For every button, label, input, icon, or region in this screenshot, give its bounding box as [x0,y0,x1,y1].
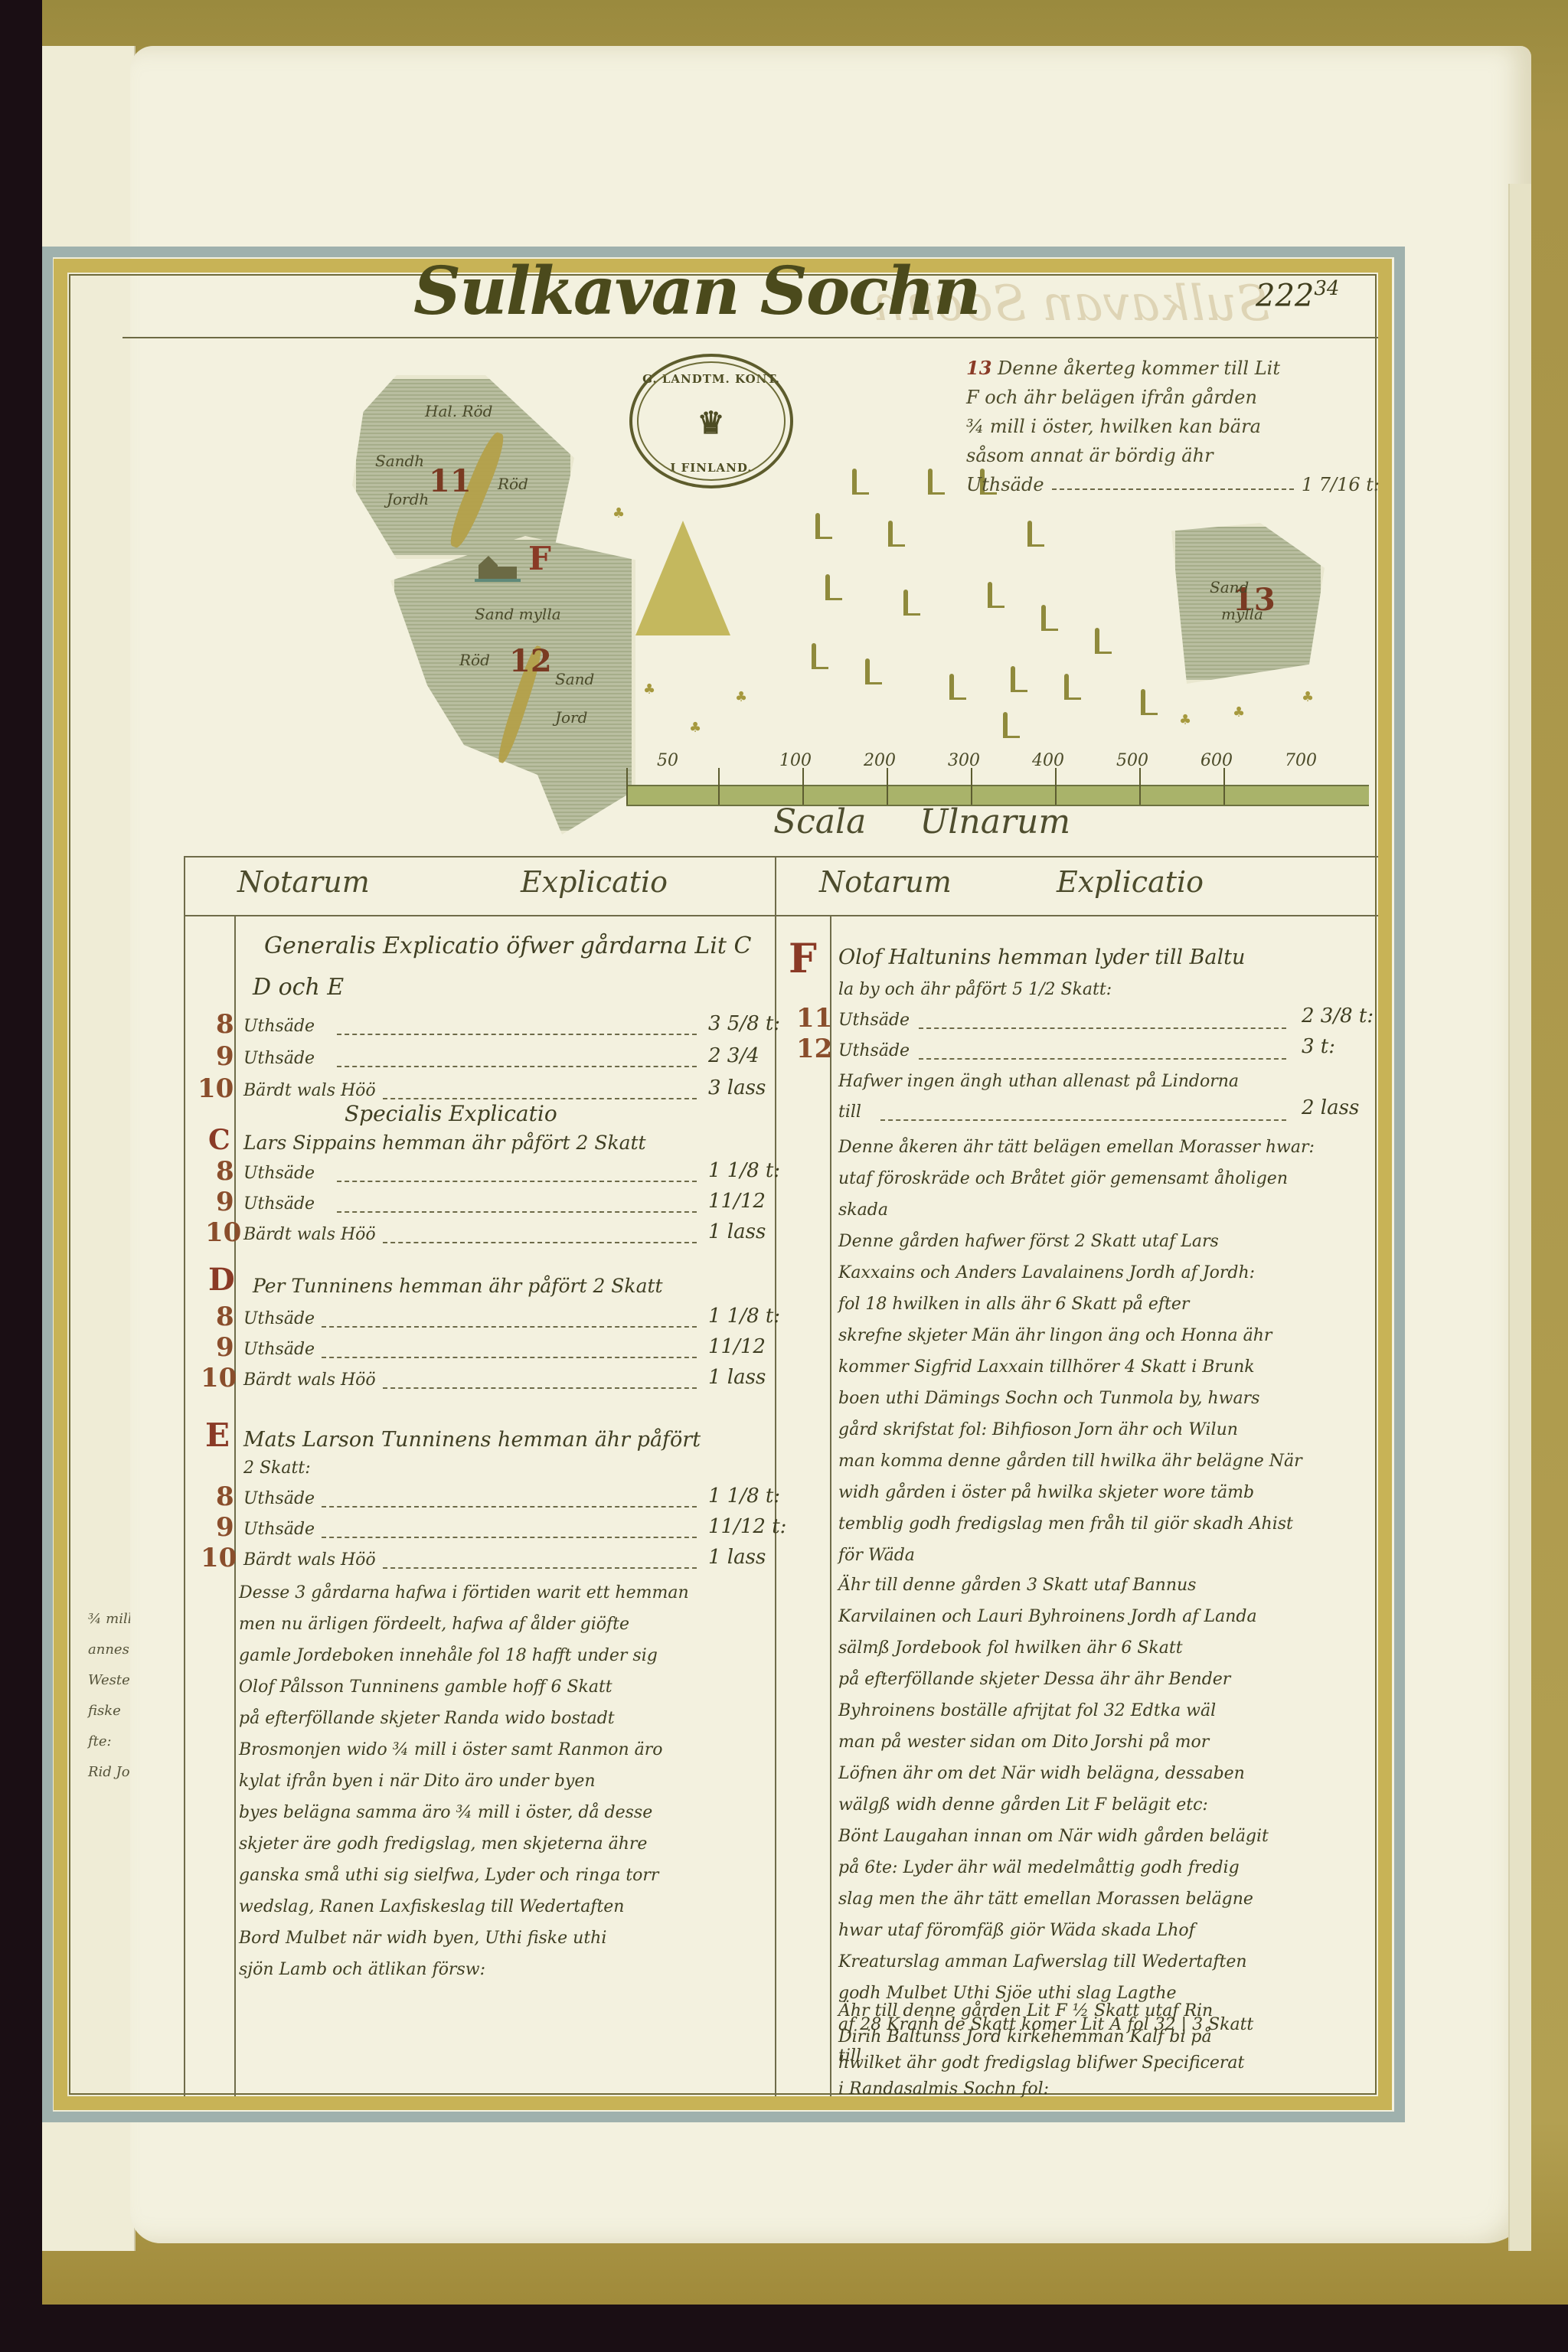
row-number: 9 [216,1512,234,1543]
note-value: 1 7/16 t: [1302,470,1380,499]
row-number: 10 [205,1217,241,1248]
row-text: Bärdt wals Höö [243,1550,376,1570]
paragraph-line: hwilket ähr godt fredigslag blifwer Spec… [838,2050,1382,2076]
entry-letter-d: D [208,1262,235,1298]
row-text: Uthsäde [243,1340,315,1359]
dotted-leader [322,1326,697,1328]
note-line: 13 Denne åkerteg kommer till Lit [966,354,1380,383]
tree-icon [888,521,893,547]
table-header-rule [184,915,1378,916]
scale-tick [1055,768,1057,805]
row-value: 1 1/8 t: [708,1159,780,1182]
paragraph-line: wälgß widh denne gården Lit F belägit et… [838,1789,1382,1821]
scale-tick [802,768,804,805]
right-description-paragraph-2: Ähr till denne gården 3 Skatt utaf Bannu… [838,1570,1382,2072]
paragraph-line: fol 18 hwilken in alls ähr 6 Skatt på ef… [838,1289,1382,1320]
tree-icon [1064,674,1069,700]
farmhouse-icon [475,551,521,582]
entry-letter-c: C [208,1124,230,1156]
row-text: Uthsäde [243,1164,315,1183]
dotted-leader [337,1034,697,1035]
scale-label: 100 [779,751,812,770]
tree-icon [815,513,820,539]
title-underline [122,337,1378,338]
scale-tick [1223,768,1225,805]
paragraph-line: boen uthi Dämings Sochn och Tunmola by, … [838,1383,1382,1414]
page-number-main: 222 [1256,278,1314,313]
eagle-emblem-icon: ♛ [697,408,726,439]
row-value: 1 1/8 t: [708,1485,780,1508]
dotted-leader [337,1066,697,1067]
tree-icon [903,590,908,616]
paragraph-line: skada [838,1194,1382,1226]
stamp-top-text: G. LANDTM. KONT. [642,372,780,386]
row-value: 1 lass [708,1546,766,1569]
tree-icon [928,469,933,495]
table-center-rule [775,856,776,2096]
tree-icon [949,674,954,700]
paragraph-line: man komma denne gården till hwilka ähr b… [838,1445,1382,1477]
field-label: Röd [498,475,528,493]
paragraph-line: Löfnen ähr om det När widh belägna, dess… [838,1758,1382,1789]
row-text: Uthsäde [243,1520,315,1539]
field-label: Jord [555,708,587,727]
tree-icon [1011,666,1015,692]
scale-tick [971,768,972,805]
row-text: till [838,1102,861,1122]
field-label: Sand [555,670,594,688]
paragraph-line: men nu ärligen fördeelt, hafwa af ålder … [239,1609,767,1640]
row-text: Uthsäde [243,1194,315,1214]
paragraph-line: skjeter äre godh fredigslag, men skjeter… [239,1828,767,1860]
row-number: 9 [216,1041,234,1072]
row-value: 11/12 [708,1335,766,1358]
stamp-bottom-text: I FINLAND. [670,461,752,475]
field-label: mylla [1221,605,1263,623]
dotted-leader [383,1567,697,1569]
right-description-paragraph-3: Ähr till denne gården Lit F ½ Skatt utaf… [838,1998,1382,2102]
entry-heading: Mats Larson Tunninens hemman ähr påfört [243,1428,701,1452]
row-number: 9 [216,1187,234,1217]
note-text: Uthsäde [966,470,1044,499]
note-line: Uthsäde 1 7/16 t: [966,470,1380,499]
row-number: 8 [216,1156,234,1187]
paragraph-line: utaf föroskräde och Bråtet giör gemensam… [838,1163,1382,1194]
note-marker: 13 [966,357,991,379]
paragraph-line: ganska små uthi sig sielfwa, Lyder och r… [239,1860,767,1891]
row-value: 3 lass [708,1076,766,1099]
dotted-leader [880,1119,1286,1121]
tree-icon [1141,689,1145,715]
paragraph-line: hwar utaf föromfäß giör Wäda skada Lhof [838,1915,1382,1946]
bush-icon: ♣ [612,505,625,521]
row-text: Uthsäde [243,1017,315,1036]
tree-icon [1095,628,1099,654]
table-top-rule [184,856,1378,857]
paragraph-line: Karvilainen och Lauri Byhroinens Jordh a… [838,1601,1382,1632]
field-label: Hal. Röd [425,402,492,420]
header-notarum-right: Notarum [819,865,952,899]
row-text: Uthsäde [243,1489,315,1508]
tree-icon [988,582,992,608]
scale-label: 300 [948,751,980,770]
paragraph-line: wedslag, Ranen Laxfiskeslag till Wederta… [239,1891,767,1922]
row-number: 8 [216,1481,234,1512]
paragraph-line: sjön Lamb och ätlikan försw: [239,1954,767,1985]
dotted-leader [322,1506,697,1508]
dotted-leader [322,1357,697,1358]
field-number-12: 12 [509,643,552,679]
paragraph-line: temblig godh fredigslag men fråh til giö… [838,1508,1382,1540]
dotted-leader [919,1027,1286,1029]
archive-stamp: G. LANDTM. KONT. ♛ I FINLAND. [629,354,793,488]
entry-letter-e: E [205,1416,230,1454]
paragraph-line: Dirih Baltunss Jord kirkehemman Kalf bi … [838,2024,1382,2050]
paragraph-line: Brosmonjen wido ¾ mill i öster samt Ranm… [239,1734,767,1766]
paragraph-line: Ähr till denne gården 3 Skatt utaf Bannu… [838,1570,1382,1601]
row-number: 10 [198,1073,234,1104]
row-text: Bärdt wals Höö [243,1225,376,1244]
paragraph-line: skrefne skjeter Män ähr lingon äng och H… [838,1320,1382,1351]
table-notarum-rule-right [830,915,831,2096]
field-label: Sand mylla [475,605,561,623]
entry-heading-cont: 2 Skatt: [243,1459,311,1478]
paragraph-line: Bord Mulbet när widh byen, Uthi fiske ut… [239,1922,767,1954]
dotted-leader [1052,470,1294,490]
row-number: 12 [796,1034,832,1064]
row-text: Uthsäde [243,1309,315,1328]
page-number: 22234 [1256,277,1339,313]
paragraph-line: Ähr till denne gården Lit F ½ Skatt utaf… [838,1998,1382,2024]
dotted-leader [919,1058,1286,1060]
general-heading: Generalis Explicatio öfwer gårdarna Lit … [264,933,751,959]
paragraph-line: på 6te: Lyder ähr wäl medelmåttig godh f… [838,1852,1382,1883]
dotted-leader [337,1211,697,1213]
row-number: 10 [201,1543,237,1573]
row-text: Uthsäde [838,1041,910,1060]
note-text: Denne åkerteg kommer till Lit [998,358,1280,379]
paragraph-line: för Wäda [838,1540,1382,1571]
bush-icon: ♣ [689,720,701,736]
field-number-11: 11 [429,463,472,499]
row-number: 10 [201,1363,237,1393]
paragraph-line: Olof Pålsson Tunninens gamble hoff 6 Ska… [239,1671,767,1703]
paragraph-line: slag men the ähr tätt emellan Morassen b… [838,1883,1382,1915]
paragraph-line: på efterföllande skjeter Randa wido bost… [239,1703,767,1734]
scale-label: 700 [1285,751,1317,770]
paragraph-line: på efterföllande skjeter Dessa ähr ähr B… [838,1664,1382,1695]
row-value: 11/12 t: [708,1515,786,1538]
row-value: 2 3/4 [708,1044,759,1067]
tree-icon [1003,712,1008,738]
field-label: Jordh [387,490,429,508]
field-label: Röd [459,651,490,669]
extra-text: Hafwer ingen ängh uthan allenast på Lind… [838,1072,1239,1091]
row-number: 11 [796,1003,832,1034]
row-value: 3 t: [1302,1035,1335,1058]
bush-icon: ♣ [643,681,655,697]
field-label: Sand [1210,578,1249,596]
scale-tick [626,768,628,805]
tree-icon [812,643,816,669]
entry-heading-cont: la by och ähr påfört 5 1/2 Skatt: [838,980,1112,999]
paragraph-line: Byhroinens boställe afrijtat fol 32 Edtk… [838,1695,1382,1726]
row-text: Uthsäde [838,1011,910,1030]
dotted-leader [383,1242,697,1243]
scale-tick [887,768,888,805]
paragraph-line: sälmß Jordebook fol hwilken ähr 6 Skatt [838,1632,1382,1664]
note-line: ¾ mill i öster, hwilken kan bära [966,412,1380,441]
general-letters: D och E [253,974,344,1001]
row-text: Bärdt wals Höö [243,1370,376,1390]
tree-icon [865,658,870,684]
scale-tick [1139,768,1141,805]
row-number: 8 [216,1009,234,1040]
bush-icon: ♣ [1179,712,1191,728]
dotted-leader [337,1181,697,1182]
special-heading: Specialis Explicatio [345,1101,557,1126]
page-title: Sulkavan Sochn [413,253,980,330]
row-value: 2 3/8 t: [1302,1004,1374,1027]
paragraph-line: kommer Sigfrid Laxxain tillhörer 4 Skatt… [838,1351,1382,1383]
note-line: F och ähr belägen ifrån gården [966,383,1380,412]
tree-icon [1041,605,1046,631]
row-value: 1 lass [708,1366,766,1389]
row-value: 1 1/8 t: [708,1305,780,1328]
paragraph-line: byes belägna samma äro ¾ mill i öster, d… [239,1797,767,1828]
page-number-sup: 34 [1314,277,1339,300]
row-number: 9 [216,1332,234,1363]
coniferous-forest-icon [635,521,730,635]
paragraph-line: Kreaturslag amman Lafwerslag till Wedert… [838,1946,1382,1978]
paragraph-line: Bönt Laugahan innan om När widh gården b… [838,1821,1382,1852]
row-value: 3 5/8 t: [708,1012,780,1035]
left-description-paragraph: Desse 3 gårdarna hafwa i förtiden warit … [239,1577,767,1985]
note-line: såsom annat är bördig ähr [966,441,1380,470]
paragraph-line: Denne gården hafwer först 2 Skatt utaf L… [838,1226,1382,1257]
row-value: 11/12 [708,1190,766,1213]
row-value: 2 lass [1302,1096,1359,1119]
farm-marker-f: F [528,540,551,577]
dotted-leader [383,1387,697,1389]
table-left-rule [184,856,185,2096]
entry-heading: Olof Haltunins hemman lyder till Baltu [838,946,1245,969]
paragraph-line: widh gården i öster på hwilka skjeter wo… [838,1477,1382,1508]
dotted-leader [322,1537,697,1538]
bush-icon: ♣ [735,689,747,705]
row-number: 8 [216,1302,234,1332]
paragraph-line: kylat ifrån byen i när Dito äro under by… [239,1766,767,1797]
entry-letter-f: F [789,936,817,982]
scale-label: 200 [864,751,896,770]
field-label: Sandh [375,452,424,470]
paragraph-line: Desse 3 gårdarna hafwa i förtiden warit … [239,1577,767,1609]
scale-unit-word: Ulnarum [920,802,1070,841]
scale-label: 600 [1200,751,1233,770]
tree-icon [1027,521,1032,547]
scale-label: 50 [657,751,678,770]
dotted-leader [383,1098,697,1099]
header-explicatio-right: Explicatio [1057,865,1204,899]
scale-label: 400 [1032,751,1064,770]
row-text: Bärdt wals Höö [243,1081,376,1100]
paragraph-line: Kaxxains och Anders Lavalainens Jordh af… [838,1257,1382,1289]
tree-icon [825,574,830,600]
bush-icon: ♣ [1233,704,1245,720]
paragraph-line: i Randasalmis Sochn fol: [838,2076,1382,2102]
scale-tick [718,768,720,805]
paragraph-line: Denne åkeren ähr tätt belägen emellan Mo… [838,1132,1382,1163]
scale-title: Scala Ulnarum [773,802,1070,841]
entry-heading: Per Tunninens hemman ähr påfört 2 Skatt [253,1275,663,1297]
scale-label: 500 [1116,751,1148,770]
paragraph-line: man på wester sidan om Dito Jorshi på mo… [838,1726,1382,1758]
bush-icon: ♣ [1302,689,1314,705]
paragraph-line: gård skrifstat fol: Bihfioson Jorn ähr o… [838,1414,1382,1445]
entry-heading: Lars Sippains hemman ähr påfört 2 Skatt [243,1132,646,1154]
header-notarum-left: Notarum [237,865,370,899]
map-note: 13 Denne åkerteg kommer till Lit F och ä… [966,354,1380,499]
scale-title-word: Scala [773,802,866,841]
header-explicatio-left: Explicatio [521,865,668,899]
tree-icon [852,469,857,495]
right-description-paragraph-1: Denne åkeren ähr tätt belägen emellan Mo… [838,1132,1382,1571]
paragraph-line: gamle Jordeboken innehåle fol 18 hafft u… [239,1640,767,1671]
page-edge [1508,184,1531,2251]
table-notarum-rule-left [234,915,236,2096]
row-value: 1 lass [708,1220,766,1243]
row-text: Uthsäde [243,1049,315,1068]
